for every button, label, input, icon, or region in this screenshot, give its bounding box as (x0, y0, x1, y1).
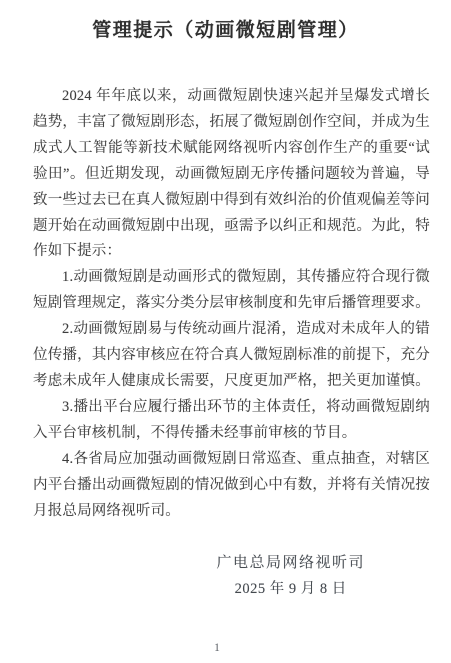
issuing-authority: 广电总局网络视听司 (216, 555, 365, 571)
signature-block: 广电总局网络视听司 2025 年 9 月 8 日 (216, 555, 365, 597)
body-paragraph-item-3: 3.播出平台应履行播出环节的主体责任，将动画微短剧纳入平台审核机制，不得传播未经… (33, 395, 430, 447)
page-number: 1 (0, 642, 434, 654)
issue-date: 2025 年 9 月 8 日 (216, 582, 365, 597)
body-paragraph-intro: 2024 年年底以来，动画微短剧快速兴起并呈爆发式增长趋势，丰富了微短剧形态，拓… (33, 84, 430, 265)
body-paragraph-item-4: 4.各省局应加强动画微短剧日常巡查、重点抽查，对辖区内平台播出动画微短剧的情况做… (33, 447, 430, 525)
body-paragraph-item-1: 1.动画微短剧是动画形式的微短剧，其传播应符合现行微短剧管理规定，落实分类分层审… (33, 265, 430, 317)
document-page: 管理提示（动画微短剧管理） 2024 年年底以来，动画微短剧快速兴起并呈爆发式增… (0, 0, 451, 663)
body-paragraph-item-2: 2.动画微短剧易与传统动画片混淆，造成对未成年人的错位传播，其内容审核应在符合真… (33, 317, 430, 395)
page-title: 管理提示（动画微短剧管理） (0, 0, 451, 45)
document-body: 2024 年年底以来，动画微短剧快速兴起并呈爆发式增长趋势，丰富了微短剧形态，拓… (33, 84, 430, 524)
